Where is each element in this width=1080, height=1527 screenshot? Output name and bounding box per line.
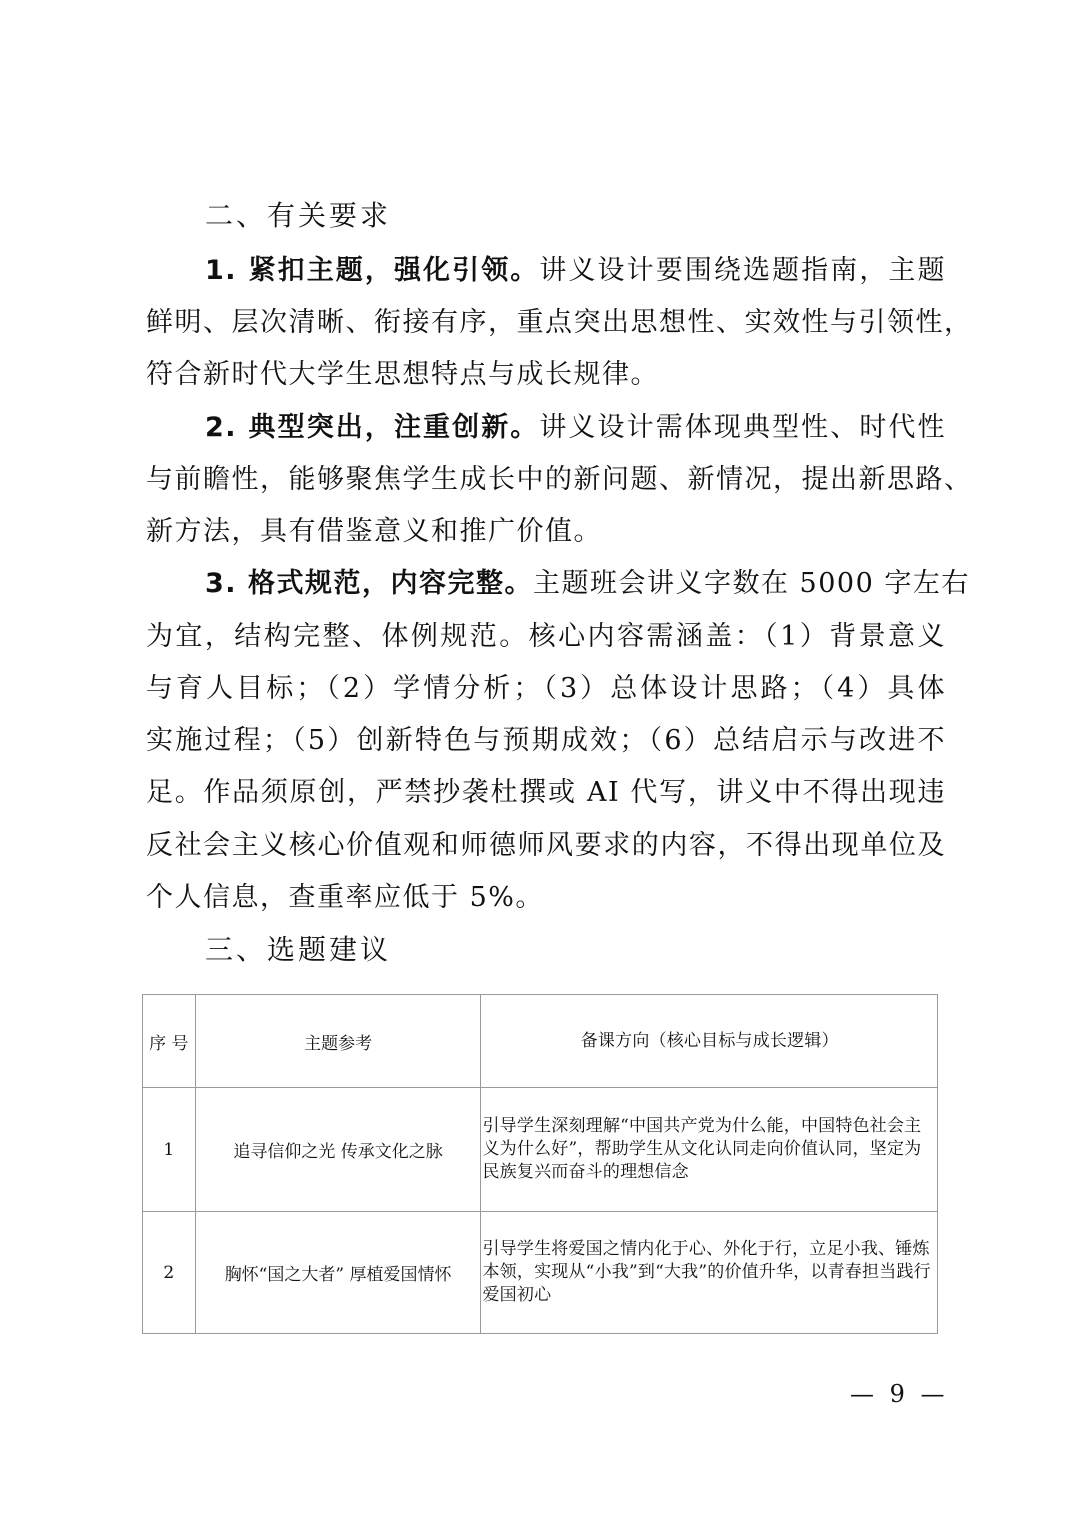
requirement-3-line-2: 为宜，结构完整、体例规范。核心内容需涵盖：（1）背景意义 bbox=[146, 611, 946, 663]
row-direction: 引导学生深刻理解“中国共产党为什么能，中国特色社会主义为什么好”，帮助学生从文化… bbox=[481, 1088, 938, 1212]
row-direction: 引导学生将爱国之情内化于心、外化于行，立足小我、锤炼本领，实现从“小我”到“大我… bbox=[481, 1212, 938, 1334]
requirement-3-line-7: 个人信息，查重率应低于 5%。 bbox=[146, 872, 946, 924]
table-row: 1 追寻信仰之光 传承文化之脉 引导学生深刻理解“中国共产党为什么能，中国特色社… bbox=[143, 1088, 938, 1212]
requirement-3-line-4: 实施过程；（5）创新特色与预期成效；（6）总结启示与改进不 bbox=[146, 715, 946, 767]
requirement-3-line-1: 3. 格式规范，内容完整。主题班会讲义字数在 5000 字左右 bbox=[205, 558, 946, 610]
requirement-3-line-6: 反社会主义核心价值观和师德师风要求的内容，不得出现单位及 bbox=[146, 820, 946, 872]
section3-heading: 三、选题建议 bbox=[205, 924, 391, 976]
requirement-2-line-1: 2. 典型突出，注重创新。讲义设计需体现典型性、时代性 bbox=[205, 402, 946, 454]
requirement-3-line-5: 足。作品须原创，严禁抄袭杜撰或 AI 代写，讲义中不得出现违 bbox=[146, 767, 946, 819]
section2-heading: 二、有关要求 bbox=[205, 190, 391, 242]
page-number: — 9 — bbox=[850, 1380, 949, 1408]
table-header-row: 序 号 主题参考 备课方向（核心目标与成长逻辑） bbox=[143, 995, 938, 1088]
requirement-1-line-2: 鲜明、层次清晰、衔接有序，重点突出思想性、实效性与引领性， bbox=[146, 297, 946, 349]
header-no: 序 号 bbox=[143, 995, 196, 1088]
requirement-1-line-1: 1. 紧扣主题，强化引领。讲义设计要围绕选题指南，主题 bbox=[205, 245, 946, 297]
requirement-2-title: 2. 典型突出，注重创新。 bbox=[205, 412, 539, 443]
table-row: 2 胸怀“国之大者” 厚植爱国情怀 引导学生将爱国之情内化于心、外化于行，立足小… bbox=[143, 1212, 938, 1334]
requirement-2-line-3: 新方法，具有借鉴意义和推广价值。 bbox=[146, 506, 946, 558]
requirement-1-line-3: 符合新时代大学生思想特点与成长规律。 bbox=[146, 349, 946, 401]
header-direction: 备课方向（核心目标与成长逻辑） bbox=[481, 995, 938, 1088]
requirement-1-title: 1. 紧扣主题，强化引领。 bbox=[205, 255, 539, 286]
requirement-3-title: 3. 格式规范，内容完整。 bbox=[205, 568, 533, 599]
row-topic: 胸怀“国之大者” 厚植爱国情怀 bbox=[195, 1212, 481, 1334]
header-topic: 主题参考 bbox=[195, 995, 481, 1088]
requirement-3-line-3: 与育人目标；（2）学情分析；（3）总体设计思路；（4）具体 bbox=[146, 663, 946, 715]
row-no: 2 bbox=[143, 1212, 196, 1334]
row-topic: 追寻信仰之光 传承文化之脉 bbox=[195, 1088, 481, 1212]
requirement-2-line-2: 与前瞻性，能够聚焦学生成长中的新问题、新情况，提出新思路、 bbox=[146, 454, 946, 506]
row-no: 1 bbox=[143, 1088, 196, 1212]
topic-suggestion-table: 序 号 主题参考 备课方向（核心目标与成长逻辑） 1 追寻信仰之光 传承文化之脉… bbox=[142, 994, 938, 1334]
